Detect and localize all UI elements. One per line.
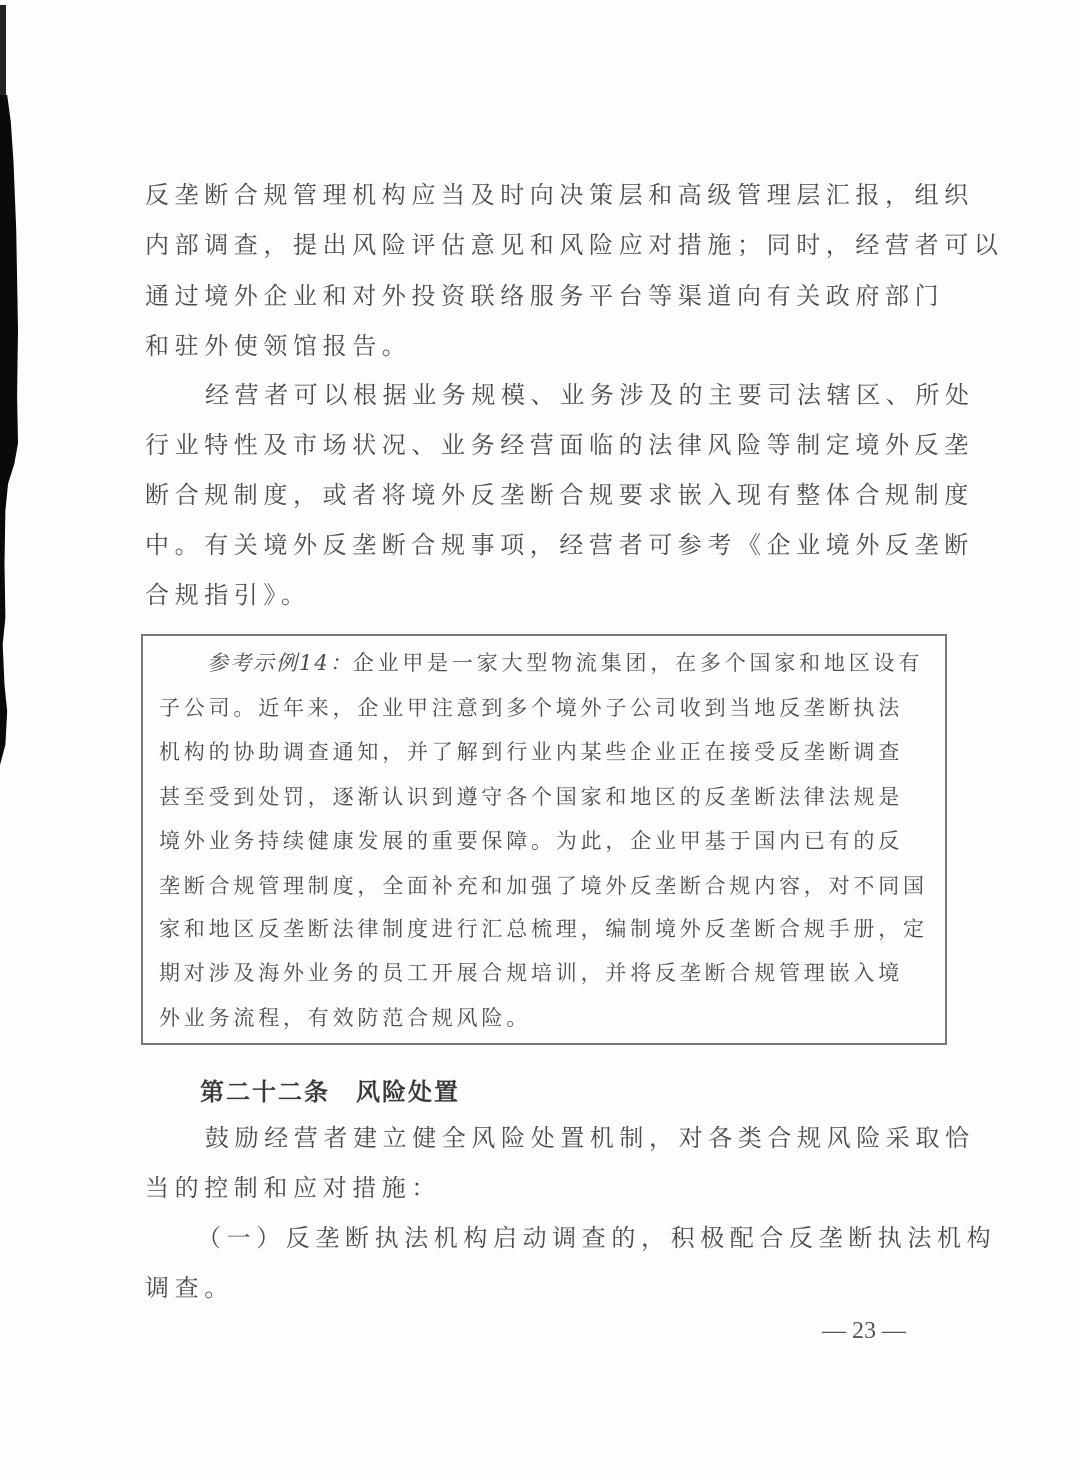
paragraph-line: 当的控制和应对措施： [145, 1173, 441, 1203]
example-line: 境外业务持续健康发展的重要保障。为此，企业甲基于国内已有的反 [159, 826, 903, 856]
example-line: 甚至受到处罚，逐渐认识到遵守各个国家和地区的反垄断法律法规是 [159, 782, 903, 812]
paragraph-line: 和驻外使领馆报告。 [145, 331, 411, 361]
paragraph-line: 合规指引》。 [145, 580, 311, 610]
reference-example-box: 参考示例14：企业甲是一家大型物流集团，在多个国家和地区设有 子公司。近年来，企… [141, 634, 947, 1045]
paragraph-line: 断合规制度，或者将境外反垄断合规要求嵌入现有整体合规制度 [145, 480, 974, 510]
paragraph-line: 中。有关境外反垄断合规事项，经营者可参考《企业境外反垄断 [145, 530, 974, 560]
paragraph-line: 经营者可以根据业务规模、业务涉及的主要司法辖区、所处 [145, 380, 975, 410]
example-first-line: 参考示例14：企业甲是一家大型物流集团，在多个国家和地区设有 [207, 648, 923, 678]
example-line: 期对涉及海外业务的员工开展合规培训，并将反垄断合规管理嵌入境 [159, 958, 903, 988]
article-heading: 第二十二条 风险处置 [200, 1072, 460, 1107]
paragraph-line: 通过境外企业和对外投资联络服务平台等渠道向有关政府部门 [145, 281, 944, 311]
example-line: 垄断合规管理制度，全面补充和加强了境外反垄断合规内容，对不同国 [159, 871, 928, 901]
example-line: 企业甲是一家大型物流集团，在多个国家和地区设有 [353, 651, 923, 675]
example-line: 外业务流程，有效防范合规风险。 [159, 1003, 531, 1033]
scan-edge-shadow [0, 95, 18, 765]
example-label: 参考示例14： [207, 651, 353, 675]
paragraph-line: 调查。 [145, 1273, 234, 1303]
example-line: 子公司。近年来，企业甲注意到多个境外子公司收到当地反垄断执法 [159, 693, 903, 723]
scan-edge-shadow [0, 5, 6, 95]
paragraph-line: 内部调查，提出风险评估意见和风险应对措施；同时，经营者可以 [145, 230, 1003, 260]
paragraph-line: 行业特性及市场状况、业务经营面临的法律风险等制定境外反垄 [145, 430, 974, 460]
paragraph-line: 反垄断合规管理机构应当及时向决策层和高级管理层汇报，组织 [145, 180, 974, 210]
example-line: 机构的协助调查通知，并了解到行业内某些企业正在接受反垄断调查 [159, 737, 903, 767]
example-line: 家和地区反垄断法律制度进行汇总梳理，编制境外反垄断合规手册，定 [159, 914, 928, 944]
paragraph-line: 鼓励经营者建立健全风险处置机制，对各类合规风险采取恰 [145, 1123, 975, 1153]
page-number: — 23 — [822, 1318, 906, 1345]
paragraph-line: （一）反垄断执法机构启动调查的，积极配合反垄断执法机构 [145, 1223, 996, 1253]
